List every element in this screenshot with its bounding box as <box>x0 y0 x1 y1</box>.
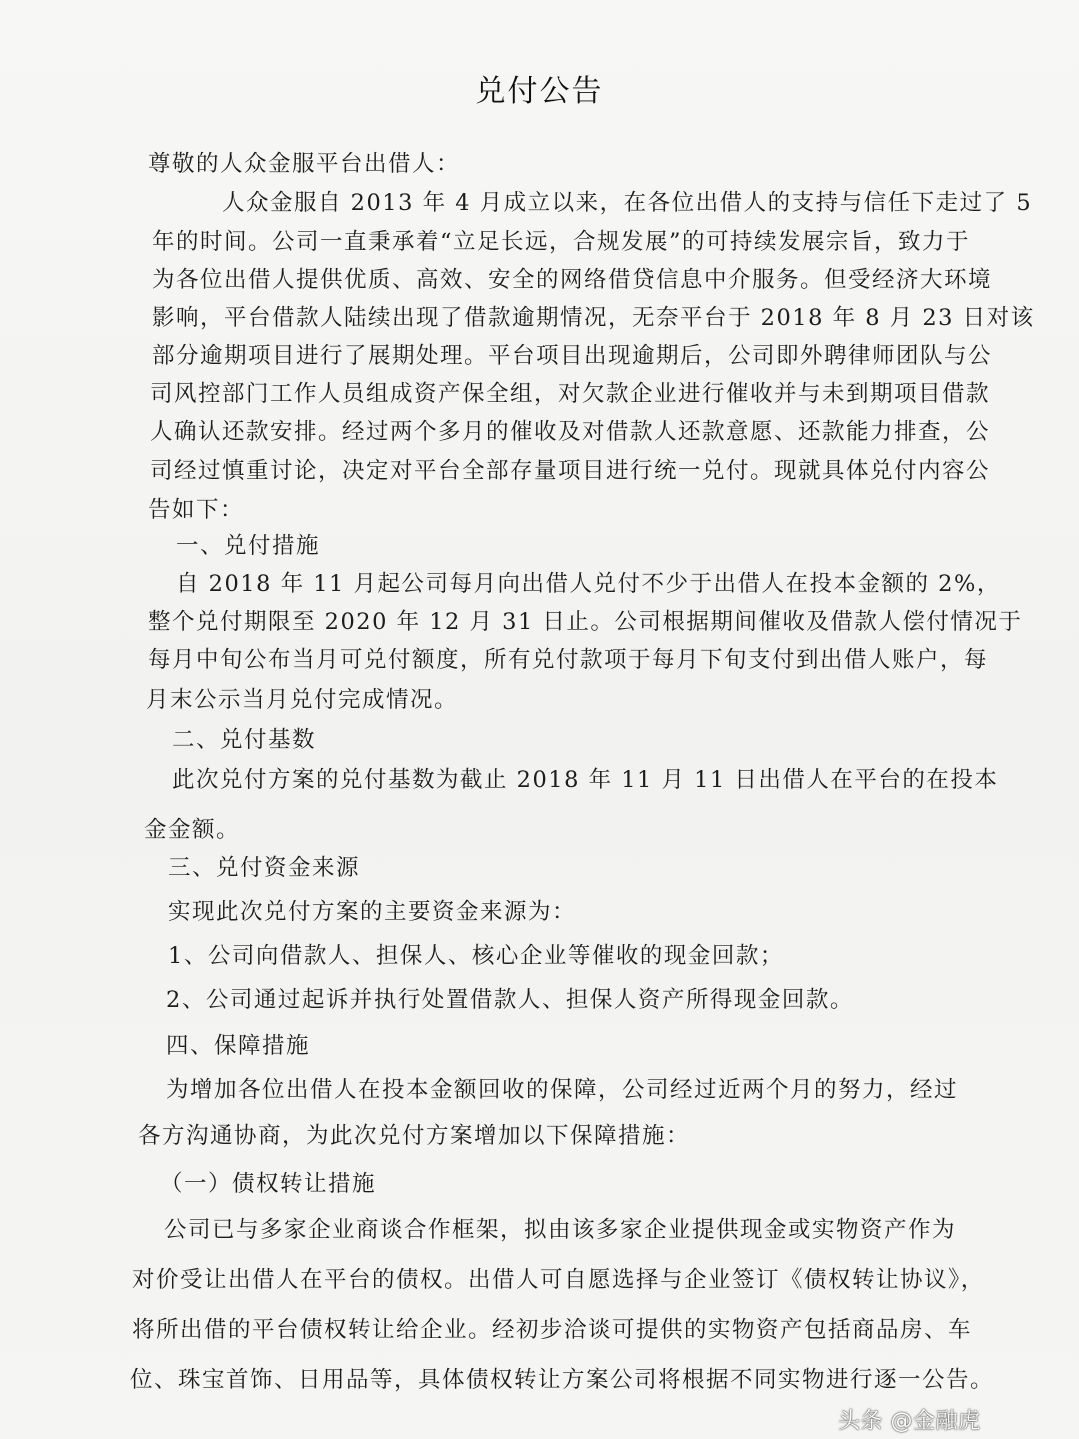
salutation: 尊敬的人众金服平台出借人： <box>148 146 460 178</box>
list-item: 2、公司通过起诉并执行处置借款人、担保人资产所得现金回款。 <box>166 982 854 1014</box>
section-heading-3: 三、兑付资金来源 <box>168 850 360 882</box>
text-line: 告如下： <box>148 492 244 524</box>
text-line: 位、珠宝首饰、日用品等，具体债权转让方案公司将根据不同实物进行逐一公告。 <box>130 1362 994 1394</box>
text-line: 整个兑付期限至 2020 年 12 月 31 日止。公司根据期间催收及借款人偿付… <box>148 604 1022 636</box>
list-item: 1、公司向借款人、担保人、核心企业等催收的现金回款； <box>168 938 784 970</box>
text-line: 金金额。 <box>144 812 240 844</box>
text-line: 此次兑付方案的兑付基数为截止 2018 年 11 月 11 日出借人在平台的在投… <box>172 762 998 794</box>
text-line: 各方沟通协商，为此次兑付方案增加以下保障措施： <box>138 1118 690 1150</box>
text-line: 为增加各位出借人在投本金额回收的保障，公司经过近两个月的努力，经过 <box>166 1072 958 1104</box>
text-line: 司风控部门工作人员组成资产保全组，对欠款企业进行催收并与未到期项目借款 <box>150 376 990 408</box>
text-line: 部分逾期项目进行了展期处理。平台项目出现逾期后，公司即外聘律师团队与公 <box>152 338 992 370</box>
text-line: 人众金服自 2013 年 4 月成立以来，在各位出借人的支持与信任下走过了 5 <box>222 185 1032 217</box>
subsection-heading: （一）债权转让措施 <box>160 1166 376 1198</box>
text-line: 自 2018 年 11 月起公司每月向出借人兑付不少于出借人在投本金额的 2%， <box>176 566 1001 598</box>
text-line: 公司已与多家企业商谈合作框架，拟由该多家企业提供现金或实物资产作为 <box>164 1212 956 1244</box>
watermark: 头条 @金融虎 <box>838 1404 981 1435</box>
text-line: 司经过慎重讨论，决定对平台全部存量项目进行统一兑付。现就具体兑付内容公 <box>150 453 990 485</box>
section-heading-2: 二、兑付基数 <box>172 722 316 754</box>
text-line: 月末公示当月兑付完成情况。 <box>146 682 458 714</box>
text-line: 为各位出借人提供优质、高效、安全的网络借贷信息中介服务。但受经济大环境 <box>152 262 992 294</box>
text-line: 实现此次兑付方案的主要资金来源为： <box>168 894 576 926</box>
scanned-document-page: 兑付公告 尊敬的人众金服平台出借人： 人众金服自 2013 年 4 月成立以来，… <box>0 0 1079 1439</box>
text-line: 人确认还款安排。经过两个多月的催收及对借款人还款意愿、还款能力排查，公 <box>150 414 990 446</box>
text-line: 对价受让出借人在平台的债权。出借人可自愿选择与企业签订《债权转让协议》， <box>132 1262 985 1294</box>
text-line: 影响，平台借款人陆续出现了借款逾期情况，无奈平台于 2018 年 8 月 23 … <box>152 300 1035 332</box>
text-line: 每月中旬公布当月可兑付额度，所有兑付款项于每月下旬支付到出借人账户，每 <box>148 642 988 674</box>
text-line: 年的时间。公司一直秉承着“立足长远，合规发展”的可持续发展宗旨，致力于 <box>152 224 970 256</box>
section-heading-4: 四、保障措施 <box>166 1028 310 1060</box>
text-line: 将所出借的平台债权转让给企业。经初步洽谈可提供的实物资产包括商品房、车 <box>132 1312 972 1344</box>
document-title: 兑付公告 <box>0 66 1079 110</box>
section-heading-1: 一、兑付措施 <box>176 528 320 560</box>
